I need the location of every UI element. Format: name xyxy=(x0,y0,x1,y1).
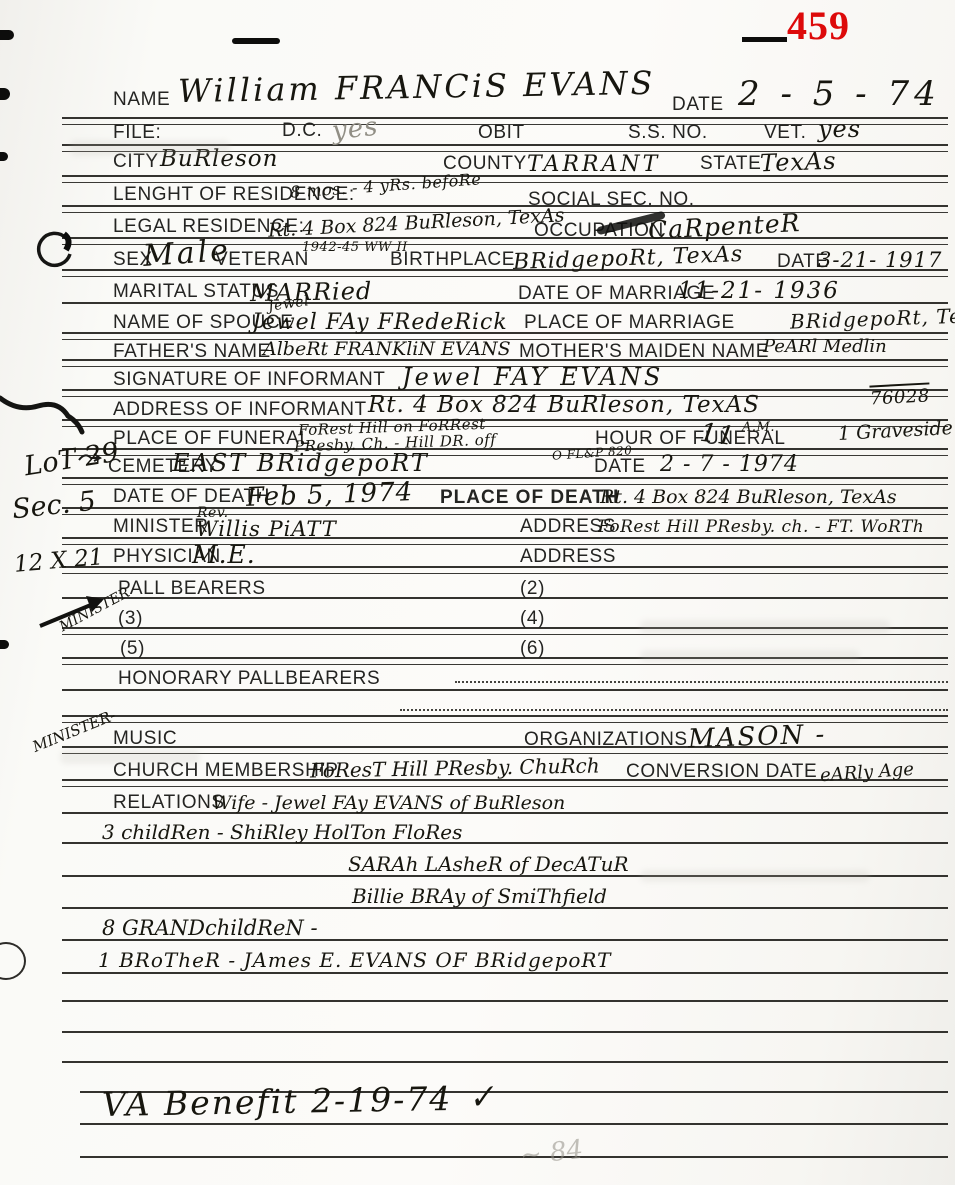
date-of-death-value: Feb 5, 1974 xyxy=(246,477,414,513)
rule xyxy=(62,175,948,183)
vet-value: yes xyxy=(818,115,861,143)
faint-pencil-note: ~ 84 xyxy=(519,1135,585,1171)
relations-line: Billie BRAy of SmiThfield xyxy=(352,884,607,908)
edge-artifact xyxy=(0,88,10,100)
margin-scribble-c xyxy=(24,226,74,276)
va-benefit-note: VA Benefit 2-19-74 xyxy=(102,1079,453,1124)
minister-value: Willis PiATT xyxy=(196,517,337,541)
funeral-date-label: DATE xyxy=(594,456,646,478)
birth-date-value: 3-21- 1917 xyxy=(818,248,942,272)
margin-squiggle xyxy=(0,380,95,435)
pall-bearer-6: (6) xyxy=(520,638,545,660)
cemetery-value: EAST BRidgepoRT xyxy=(172,449,429,477)
birthplace-label: BIRTHPLACE xyxy=(390,249,515,271)
rule xyxy=(62,477,948,485)
informant-signature-label: SIGNATURE OF INFORMANT xyxy=(113,369,386,391)
obit-label: OBIT xyxy=(478,122,525,144)
rule-dotted xyxy=(455,681,948,683)
mother-value: PeARl Medlin xyxy=(763,336,887,357)
state-value: TexAs xyxy=(760,147,837,178)
record-date-value: 2 - 5 - 74 xyxy=(738,74,941,114)
place-of-marriage-label: PLACE OF MARRIAGE xyxy=(524,312,735,334)
informant-signature-value: Jewel FAY EVANS xyxy=(402,363,663,391)
margin-circle-mark xyxy=(0,942,26,980)
top-dash-mark xyxy=(232,38,280,44)
informant-address-zip: 76028 xyxy=(869,382,930,409)
rule-dotted xyxy=(400,709,948,711)
informant-address-value: Rt. 4 Box 824 BuRleson, TexAS xyxy=(368,392,760,418)
edge-artifact xyxy=(0,30,14,40)
bleedthrough-smudge xyxy=(640,870,870,882)
relations-label: RELATIONS xyxy=(113,792,225,814)
edge-artifact xyxy=(0,152,8,161)
pall-bearer-3: (3) xyxy=(118,608,143,630)
va-benefit-checkmark: ✓ xyxy=(465,1076,497,1117)
dc-value: yes xyxy=(331,112,380,147)
date-of-marriage-value: 11-21- 1936 xyxy=(678,278,840,304)
rule xyxy=(62,1000,948,1002)
veteran-label: VETERAN xyxy=(215,249,309,271)
organizations-value: MASON - xyxy=(688,720,827,755)
pall-bearer-2: (2) xyxy=(520,578,545,600)
state-label: STATE xyxy=(700,153,761,175)
county-value: TARRANT xyxy=(527,152,660,177)
place-of-marriage-value: BRidgepoRt, TexAs xyxy=(790,302,955,333)
bleedthrough-smudge xyxy=(640,650,860,662)
organizations-label: ORGANIZATIONS xyxy=(524,729,688,751)
margin-lot-note: LoT 29 xyxy=(22,437,121,483)
margin-minister-arrow-1 xyxy=(36,592,116,630)
graveside-note: 1 Graveside xyxy=(838,417,954,445)
minister-label: MINISTER xyxy=(113,516,209,538)
relations-value: Wife - Jewel FAy EVANS of BuRleson xyxy=(212,792,565,814)
name-label: NAME xyxy=(113,89,170,111)
page-number-underscore xyxy=(742,37,787,42)
place-of-death-label: PLACE OF DEATH xyxy=(440,487,619,509)
rule xyxy=(80,1123,948,1125)
pall-bearers-label: PALL BEARERS xyxy=(118,578,266,600)
physician-address-label: ADDRESS xyxy=(520,546,616,568)
honorary-pallbearers-label: HONORARY PALLBEARERS xyxy=(118,668,380,690)
vet-label: VET. xyxy=(764,122,807,144)
pall-bearer-5: (5) xyxy=(120,638,145,660)
spouse-value: Jewel FAy FRedeRick xyxy=(252,310,508,335)
hour-of-funeral-ampm: A.M. xyxy=(742,420,775,435)
place-of-funeral-label: PLACE OF FUNERAL xyxy=(113,428,311,450)
margin-section-note: Sec. 5 xyxy=(11,486,98,526)
scanned-funeral-record: 459 NAME William FRANCiS EVANS DATE 2 - … xyxy=(0,0,955,1185)
edge-artifact xyxy=(0,640,9,649)
record-date-label: DATE xyxy=(672,94,724,116)
conversion-date-label: CONVERSION DATE xyxy=(626,761,817,783)
mother-label: MOTHER'S MAIDEN NAME xyxy=(519,341,769,363)
bleedthrough-smudge xyxy=(70,140,230,156)
page-number: 459 xyxy=(787,2,850,49)
pall-bearer-4: (4) xyxy=(520,608,545,630)
music-label: MUSIC xyxy=(113,728,177,750)
name-value: William FRANCiS EVANS xyxy=(178,64,656,110)
relations-line: 8 GRANDchildReN - xyxy=(102,916,318,940)
minister-address-value: FoRest Hill PResby. ch. - FT. WoRTh xyxy=(598,517,924,537)
rule xyxy=(80,1156,948,1158)
place-of-death-value: Rt. 4 Box 824 BuRleson, TexAs xyxy=(600,486,897,508)
bleedthrough-smudge xyxy=(60,750,200,764)
informant-address-label: ADDRESS OF INFORMANT xyxy=(113,399,367,421)
rule xyxy=(62,972,948,974)
dc-label: D.C. xyxy=(282,120,322,142)
hour-of-funeral-value: 11 xyxy=(698,418,737,453)
church-membership-value: FoResT Hill PResby. ChuRch xyxy=(310,753,600,782)
funeral-date-value: 2 - 7 - 1974 xyxy=(660,452,799,477)
relations-line: SARAh LAsheR of DecATuR xyxy=(348,852,629,876)
ss-no-label: S.S. NO. xyxy=(628,122,708,144)
bleedthrough-smudge xyxy=(640,620,890,634)
rule xyxy=(62,1031,948,1033)
rule xyxy=(62,1061,948,1063)
relations-line: 1 BRoTheR - JAmes E. EVANS OF BRidgepoRT xyxy=(98,948,611,972)
father-value: AlbeRt FRANKliN EVANS xyxy=(263,338,511,360)
relations-line: 3 childRen - ShiRley HolTon FloRes xyxy=(102,820,462,844)
physician-value: M.E. xyxy=(192,540,256,569)
father-label: FATHER'S NAME xyxy=(113,341,271,363)
